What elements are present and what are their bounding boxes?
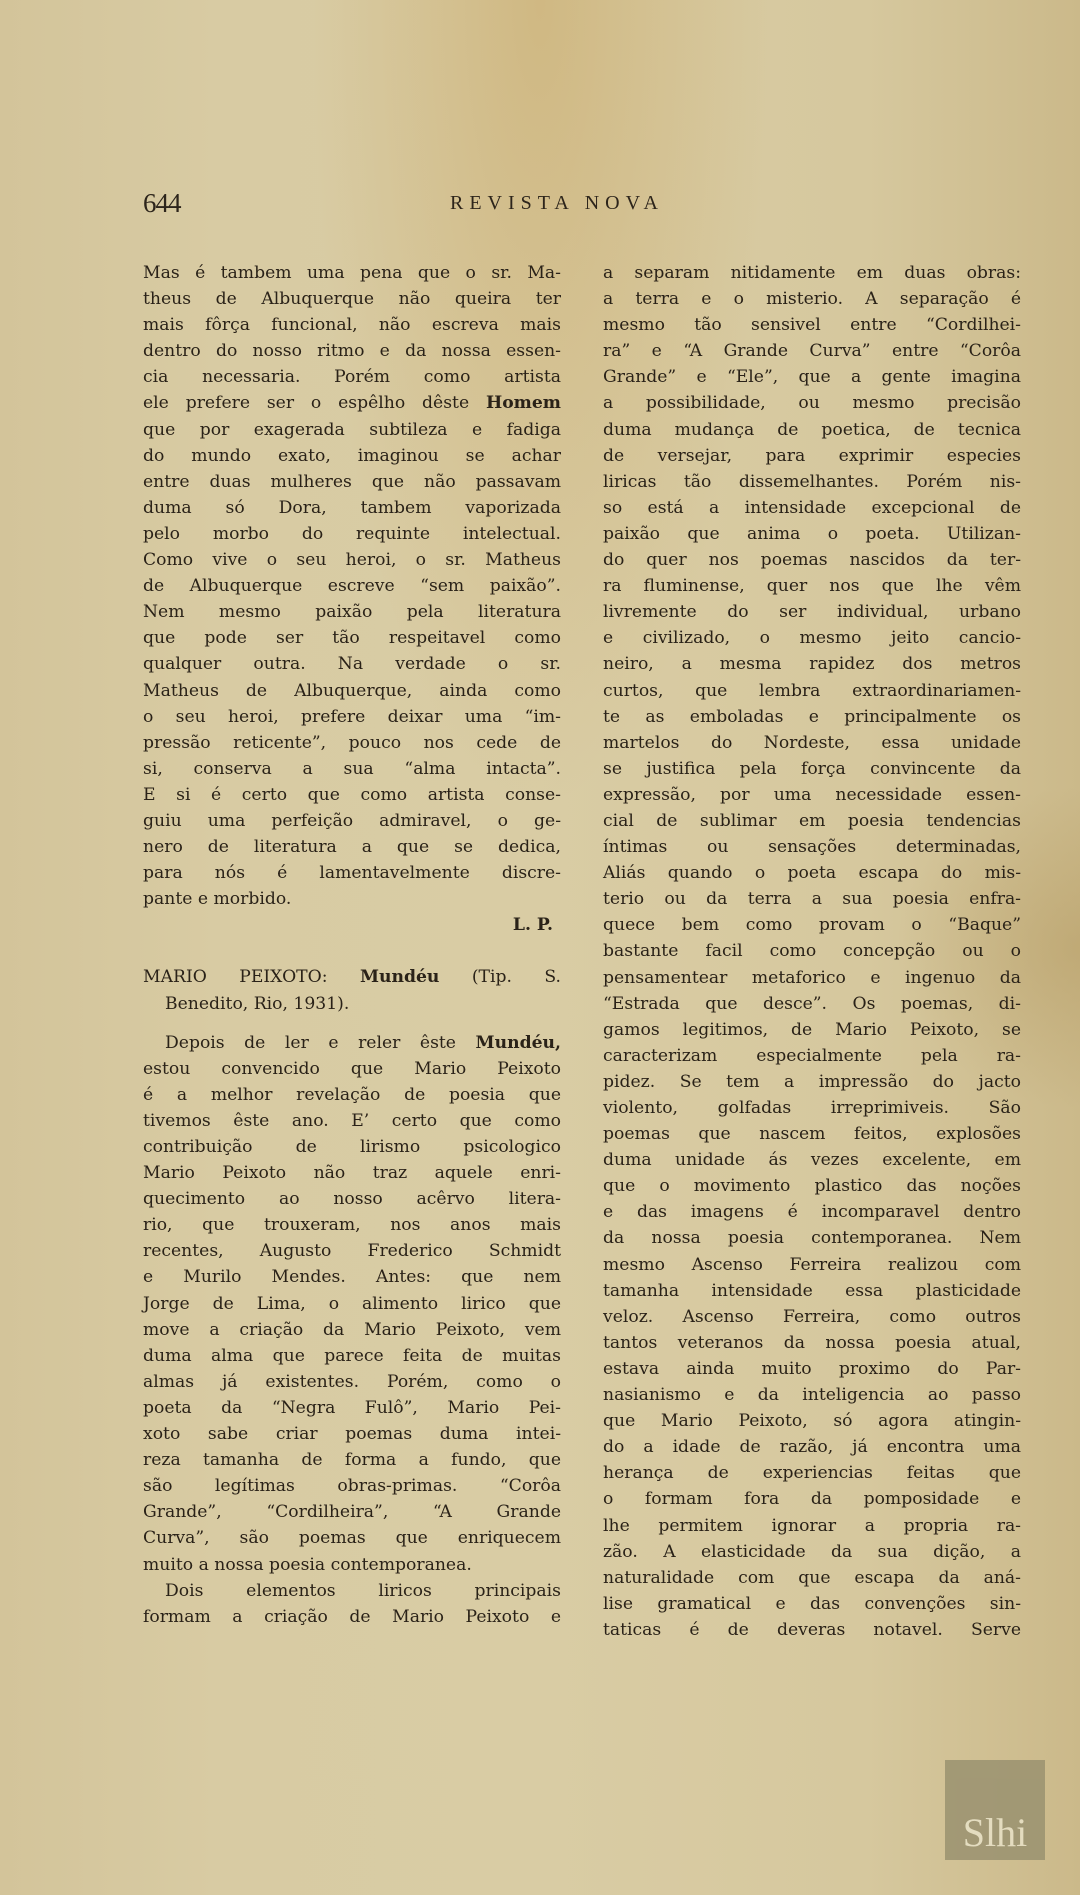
text-line: lhe permitem ignorar a propria ra-: [603, 1513, 1021, 1539]
text-line: liricas tão dissemelhantes. Porém nis-: [603, 469, 1021, 495]
text-line: Como vive o seu heroi, o sr. Matheus: [143, 547, 561, 573]
text-line: mesmo Ascenso Ferreira realizou com: [603, 1252, 1021, 1278]
text-line: herança de experiencias feitas que: [603, 1460, 1021, 1486]
text-line: te as emboladas e principalmente os: [603, 704, 1021, 730]
text-line: move a criação da Mario Peixoto, vem: [143, 1317, 561, 1343]
text-line: violento, golfadas irreprimiveis. São: [603, 1095, 1021, 1121]
text-line: Aliás quando o poeta escapa do mis-: [603, 860, 1021, 886]
text-line: so está a intensidade excepcional de: [603, 495, 1021, 521]
text-line: veloz. Ascenso Ferreira, como outros: [603, 1304, 1021, 1330]
text-line: expressão, por uma necessidade essen-: [603, 782, 1021, 808]
text-line: theus de Albuquerque não queira ter: [143, 286, 561, 312]
text-line: contribuição de lirismo psicologico: [143, 1134, 561, 1160]
text-line: pidez. Se tem a impressão do jacto: [603, 1069, 1021, 1095]
text-line: neiro, a mesma rapidez dos metros: [603, 651, 1021, 677]
text-line: lise gramatical e das convenções sin-: [603, 1591, 1021, 1617]
text-line: Curva”, são poemas que enriquecem: [143, 1525, 561, 1551]
text-line: a terra e o misterio. A separação é: [603, 286, 1021, 312]
text-line: íntimas ou sensações determinadas,: [603, 834, 1021, 860]
text-line: a possibilidade, ou mesmo precisão: [603, 390, 1021, 416]
right-column: a separam nitidamente em duas obras: a t…: [603, 260, 1021, 1643]
text-line: nero de literatura a que se dedica,: [143, 834, 561, 860]
text-line: quecimento ao nosso acêrvo litera-: [143, 1186, 561, 1212]
text-line: muito a nossa poesia contemporanea.: [143, 1552, 561, 1578]
page-header: 644 REVISTA NOVA: [0, 188, 1080, 228]
text-line: terio ou da terra a sua poesia enfra-: [603, 886, 1021, 912]
text-line: qualquer outra. Na verdade o sr.: [143, 651, 561, 677]
text-line: cial de sublimar em poesia tendencias: [603, 808, 1021, 834]
text-line: e Murilo Mendes. Antes: que nem: [143, 1264, 561, 1290]
text-line: é a melhor revelação de poesia que: [143, 1082, 561, 1108]
text-line: de versejar, para exprimir especies: [603, 443, 1021, 469]
text-line: Depois de ler e reler êste Mundéu,: [143, 1030, 561, 1056]
text-span: Depois de ler e reler êste: [165, 1033, 476, 1053]
text-line: recentes, Augusto Frederico Schmidt: [143, 1238, 561, 1264]
text-line: do mundo exato, imaginou se achar: [143, 443, 561, 469]
text-line: livremente do ser individual, urbano: [603, 599, 1021, 625]
text-line: de Albuquerque escreve “sem paixão”.: [143, 573, 561, 599]
review-publisher: (Tip. S.: [439, 967, 561, 987]
text-line: e civilizado, o mesmo jeito cancio-: [603, 625, 1021, 651]
text-line: duma mudança de poetica, de tecnica: [603, 417, 1021, 443]
text-line: ra” e “A Grande Curva” entre “Corôa: [603, 338, 1021, 364]
text-line: E si é certo que como artista conse-: [143, 782, 561, 808]
text-line: a separam nitidamente em duas obras:: [603, 260, 1021, 286]
text-line: poemas que nascem feitos, explosões: [603, 1121, 1021, 1147]
text-line: pressão reticente”, pouco nos cede de: [143, 730, 561, 756]
library-watermark-logo: Slhi: [945, 1760, 1045, 1860]
text-line: que por exagerada subtileza e fadiga: [143, 417, 561, 443]
text-line: o formam fora da pomposidade e: [603, 1486, 1021, 1512]
text-line: para nós é lamentavelmente discre-: [143, 860, 561, 886]
text-line: duma unidade ás vezes excelente, em: [603, 1147, 1021, 1173]
text-line: Mas é tambem uma pena que o sr. Ma-: [143, 260, 561, 286]
section-spacer: [143, 938, 561, 964]
text-span: ele prefere ser o espêlho dêste: [143, 393, 486, 413]
emphasis-mundeu: Mundéu,: [476, 1033, 561, 1053]
text-line: se justifica pela força convincente da: [603, 756, 1021, 782]
running-title: REVISTA NOVA: [450, 192, 664, 215]
text-line: paixão que anima o poeta. Utilizan-: [603, 521, 1021, 547]
text-line: dentro do nosso ritmo e da nossa essen-: [143, 338, 561, 364]
text-line: guiu uma perfeição admiravel, o ge-: [143, 808, 561, 834]
text-line: estou convencido que Mario Peixoto: [143, 1056, 561, 1082]
text-line: poeta da “Negra Fulô”, Mario Pei-: [143, 1395, 561, 1421]
text-line: do quer nos poemas nascidos da ter-: [603, 547, 1021, 573]
text-line: Mario Peixoto não traz aquele enri-: [143, 1160, 561, 1186]
text-line: Dois elementos liricos principais: [143, 1578, 561, 1604]
review-heading: MARIO PEIXOTO: Mundéu (Tip. S. Benedito,…: [143, 964, 561, 1016]
text-line: são legítimas obras-primas. “Corôa: [143, 1473, 561, 1499]
text-line: rio, que trouxeram, nos anos mais: [143, 1212, 561, 1238]
text-line: estava ainda muito proximo do Par-: [603, 1356, 1021, 1382]
text-line: tamanha intensidade essa plasticidade: [603, 1278, 1021, 1304]
text-line: duma alma que parece feita de muitas: [143, 1343, 561, 1369]
review-book-title: Mundéu: [360, 967, 439, 987]
text-line: almas já existentes. Porém, como o: [143, 1369, 561, 1395]
text-line: gamos legitimos, de Mario Peixoto, se: [603, 1017, 1021, 1043]
text-line: do a idade de razão, já encontra uma: [603, 1434, 1021, 1460]
text-line: ra fluminense, quer nos que lhe vêm: [603, 573, 1021, 599]
text-line: da nossa poesia contemporanea. Nem: [603, 1225, 1021, 1251]
text-line: naturalidade com que escapa da aná-: [603, 1565, 1021, 1591]
text-line: que Mario Peixoto, só agora atingin-: [603, 1408, 1021, 1434]
text-line: Nem mesmo paixão pela literatura: [143, 599, 561, 625]
text-line: si, conserva a sua “alma intacta”.: [143, 756, 561, 782]
text-line: duma só Dora, tambem vaporizada: [143, 495, 561, 521]
text-line: que pode ser tão respeitavel como: [143, 625, 561, 651]
text-line: entre duas mulheres que não passavam: [143, 469, 561, 495]
text-line: zão. A elasticidade da sua dição, a: [603, 1539, 1021, 1565]
text-line: curtos, que lembra extraordinariamen-: [603, 678, 1021, 704]
text-line: reza tamanha de forma a fundo, que: [143, 1447, 561, 1473]
text-line: bastante facil como concepção ou o: [603, 938, 1021, 964]
text-line: martelos do Nordeste, essa unidade: [603, 730, 1021, 756]
text-line: mesmo tão sensivel entre “Cordilhei-: [603, 312, 1021, 338]
text-line: mais fôrça funcional, não escreva mais: [143, 312, 561, 338]
text-line: tivemos êste ano. E’ certo que como: [143, 1108, 561, 1134]
signature: L. P.: [143, 912, 561, 938]
review-author: MARIO PEIXOTO:: [143, 967, 360, 987]
text-line: pelo morbo do requinte intelectual.: [143, 521, 561, 547]
text-line: formam a criação de Mario Peixoto e: [143, 1604, 561, 1630]
text-line: pensamentear metaforico e ingenuo da: [603, 965, 1021, 991]
text-line: quece bem como provam o “Baque”: [603, 912, 1021, 938]
text-line: que o movimento plastico das noções: [603, 1173, 1021, 1199]
text-line: Jorge de Lima, o alimento lirico que: [143, 1291, 561, 1317]
section-spacer: [143, 1017, 561, 1030]
review-heading-line-2: Benedito, Rio, 1931).: [143, 991, 561, 1017]
text-line: caracterizam especialmente pela ra-: [603, 1043, 1021, 1069]
scanned-page: 644 REVISTA NOVA Mas é tambem uma pena q…: [0, 0, 1080, 1895]
text-line: Grande” e “Ele”, que a gente imagina: [603, 364, 1021, 390]
page-number: 644: [143, 188, 181, 219]
text-line: tantos veteranos da nossa poesia atual,: [603, 1330, 1021, 1356]
watermark-text: Slhi: [963, 1809, 1027, 1860]
text-line: xoto sabe criar poemas duma intei-: [143, 1421, 561, 1447]
text-line: ele prefere ser o espêlho dêste Homem: [143, 390, 561, 416]
emphasis-homem: Homem: [486, 393, 561, 413]
text-line: nasianismo e da inteligencia ao passo: [603, 1382, 1021, 1408]
text-line: cia necessaria. Porém como artista: [143, 364, 561, 390]
text-line: taticas é de deveras notavel. Serve: [603, 1617, 1021, 1643]
text-line: e das imagens é incomparavel dentro: [603, 1199, 1021, 1225]
left-column: Mas é tambem uma pena que o sr. Ma- theu…: [143, 260, 561, 1630]
text-line: Matheus de Albuquerque, ainda como: [143, 678, 561, 704]
review-heading-line-1: MARIO PEIXOTO: Mundéu (Tip. S.: [143, 964, 561, 990]
text-line: pante e morbido.: [143, 886, 561, 912]
text-line: “Estrada que desce”. Os poemas, di-: [603, 991, 1021, 1017]
text-line: o seu heroi, prefere deixar uma “im-: [143, 704, 561, 730]
text-line: Grande”, “Cordilheira”, “A Grande: [143, 1499, 561, 1525]
